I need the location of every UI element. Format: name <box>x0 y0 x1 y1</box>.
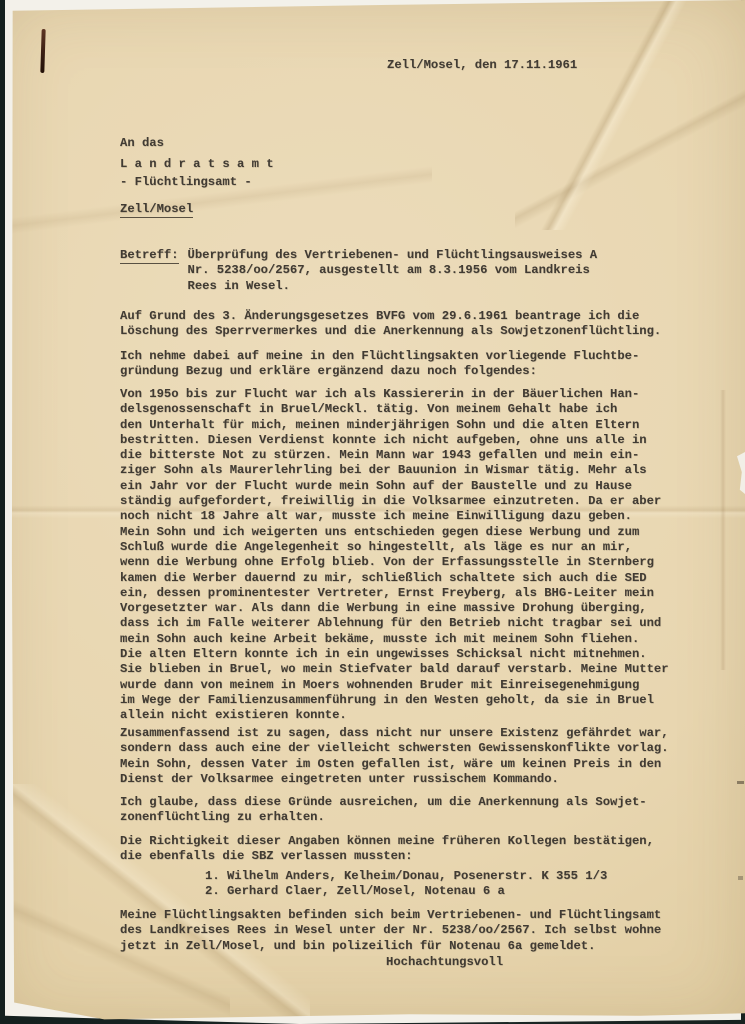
recipient-line: An das <box>120 136 164 151</box>
recipient-city: Zell/Mosel <box>120 202 193 218</box>
subject-block: Betreff: Überprüfung des Vertriebenen- u… <box>120 248 597 294</box>
paragraph: Ich glaube, dass diese Gründe ausreichen… <box>120 795 647 826</box>
paragraph: Zusammenfassend ist zu sagen, dass nicht… <box>120 726 669 787</box>
subject-text: Überprüfung des Vertriebenen- und Flücht… <box>188 248 598 294</box>
closing-formula: Hochachtungsvoll <box>386 955 503 970</box>
paragraph: Auf Grund des 3. Änderungsgesetzes BVFG … <box>120 309 661 340</box>
witness-item: 2. Gerhard Claer, Zell/Mosel, Notenau 6 … <box>205 884 505 899</box>
subject-label: Betreff: <box>120 248 179 264</box>
letter-content: Zell/Mosel, den 17.11.1961 An das L a n … <box>0 0 745 1024</box>
paragraph: Meine Flüchtlingsakten befinden sich bei… <box>120 908 661 954</box>
recipient-line: - Flüchtlingsamt - <box>120 175 252 190</box>
paragraph: Die Richtigkeit dieser Angaben können me… <box>120 834 654 865</box>
paragraph: Von 195o bis zur Flucht war ich als Kass… <box>120 387 669 724</box>
date-line: Zell/Mosel, den 17.11.1961 <box>387 58 577 73</box>
witness-item: 1. Wilhelm Anders, Kelheim/Donau, Posene… <box>205 869 607 884</box>
recipient-line: L a n d r a t s a m t <box>120 157 274 172</box>
paragraph: Ich nehme dabei auf meine in den Flüchtl… <box>120 349 639 380</box>
